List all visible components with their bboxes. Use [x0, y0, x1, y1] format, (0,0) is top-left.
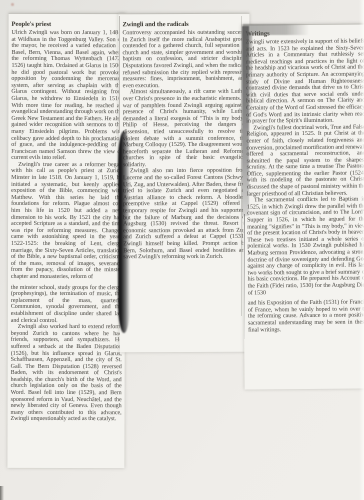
paragraph: Almost simultaneously, a rift came with … [123, 89, 247, 169]
section-heading-zwingli-and-the-radicals: Zwingli and the radicals [122, 21, 246, 29]
section-heading-peoples-priest: People's priest [12, 21, 123, 29]
paragraph: Controversy accompanied his outstanding … [122, 30, 246, 90]
paragraph: and his Exposition of the Faith (1531) f… [248, 300, 364, 334]
paragraph: Zwingli also worked hard to extend refor… [11, 324, 122, 423]
column-zwingli-and-the-radicals: Zwingli and the radicals Controversy acc… [118, 13, 250, 352]
paragraph: Ulrich Zwingli was born on January 1, 14… [11, 30, 122, 162]
paragraph: Zwingli also ran into fierce opposition … [123, 168, 247, 261]
paragraph: Zwingli's fullest doctrinal work, True a… [246, 124, 364, 198]
scanned-book-page: People's priest Ulrich Zwingli was born … [0, 0, 364, 500]
paragraph: Zwingli wrote extensively in support of … [246, 38, 364, 125]
paragraph: Zwingli's true career as a reformer bega… [11, 162, 122, 281]
column-peoples-priest: People's priest Ulrich Zwingli was born … [7, 13, 125, 468]
paragraph: The sacramental conflicts led to Baptism… [247, 197, 364, 297]
column-writings: Writings Zwingli wrote extensively in su… [241, 23, 364, 389]
paragraph: the minster school, study groups for the… [11, 284, 122, 324]
page-corner-shadow [0, 486, 4, 500]
scan-speck [11, 3, 14, 6]
section-heading-writings: Writings [245, 29, 364, 38]
